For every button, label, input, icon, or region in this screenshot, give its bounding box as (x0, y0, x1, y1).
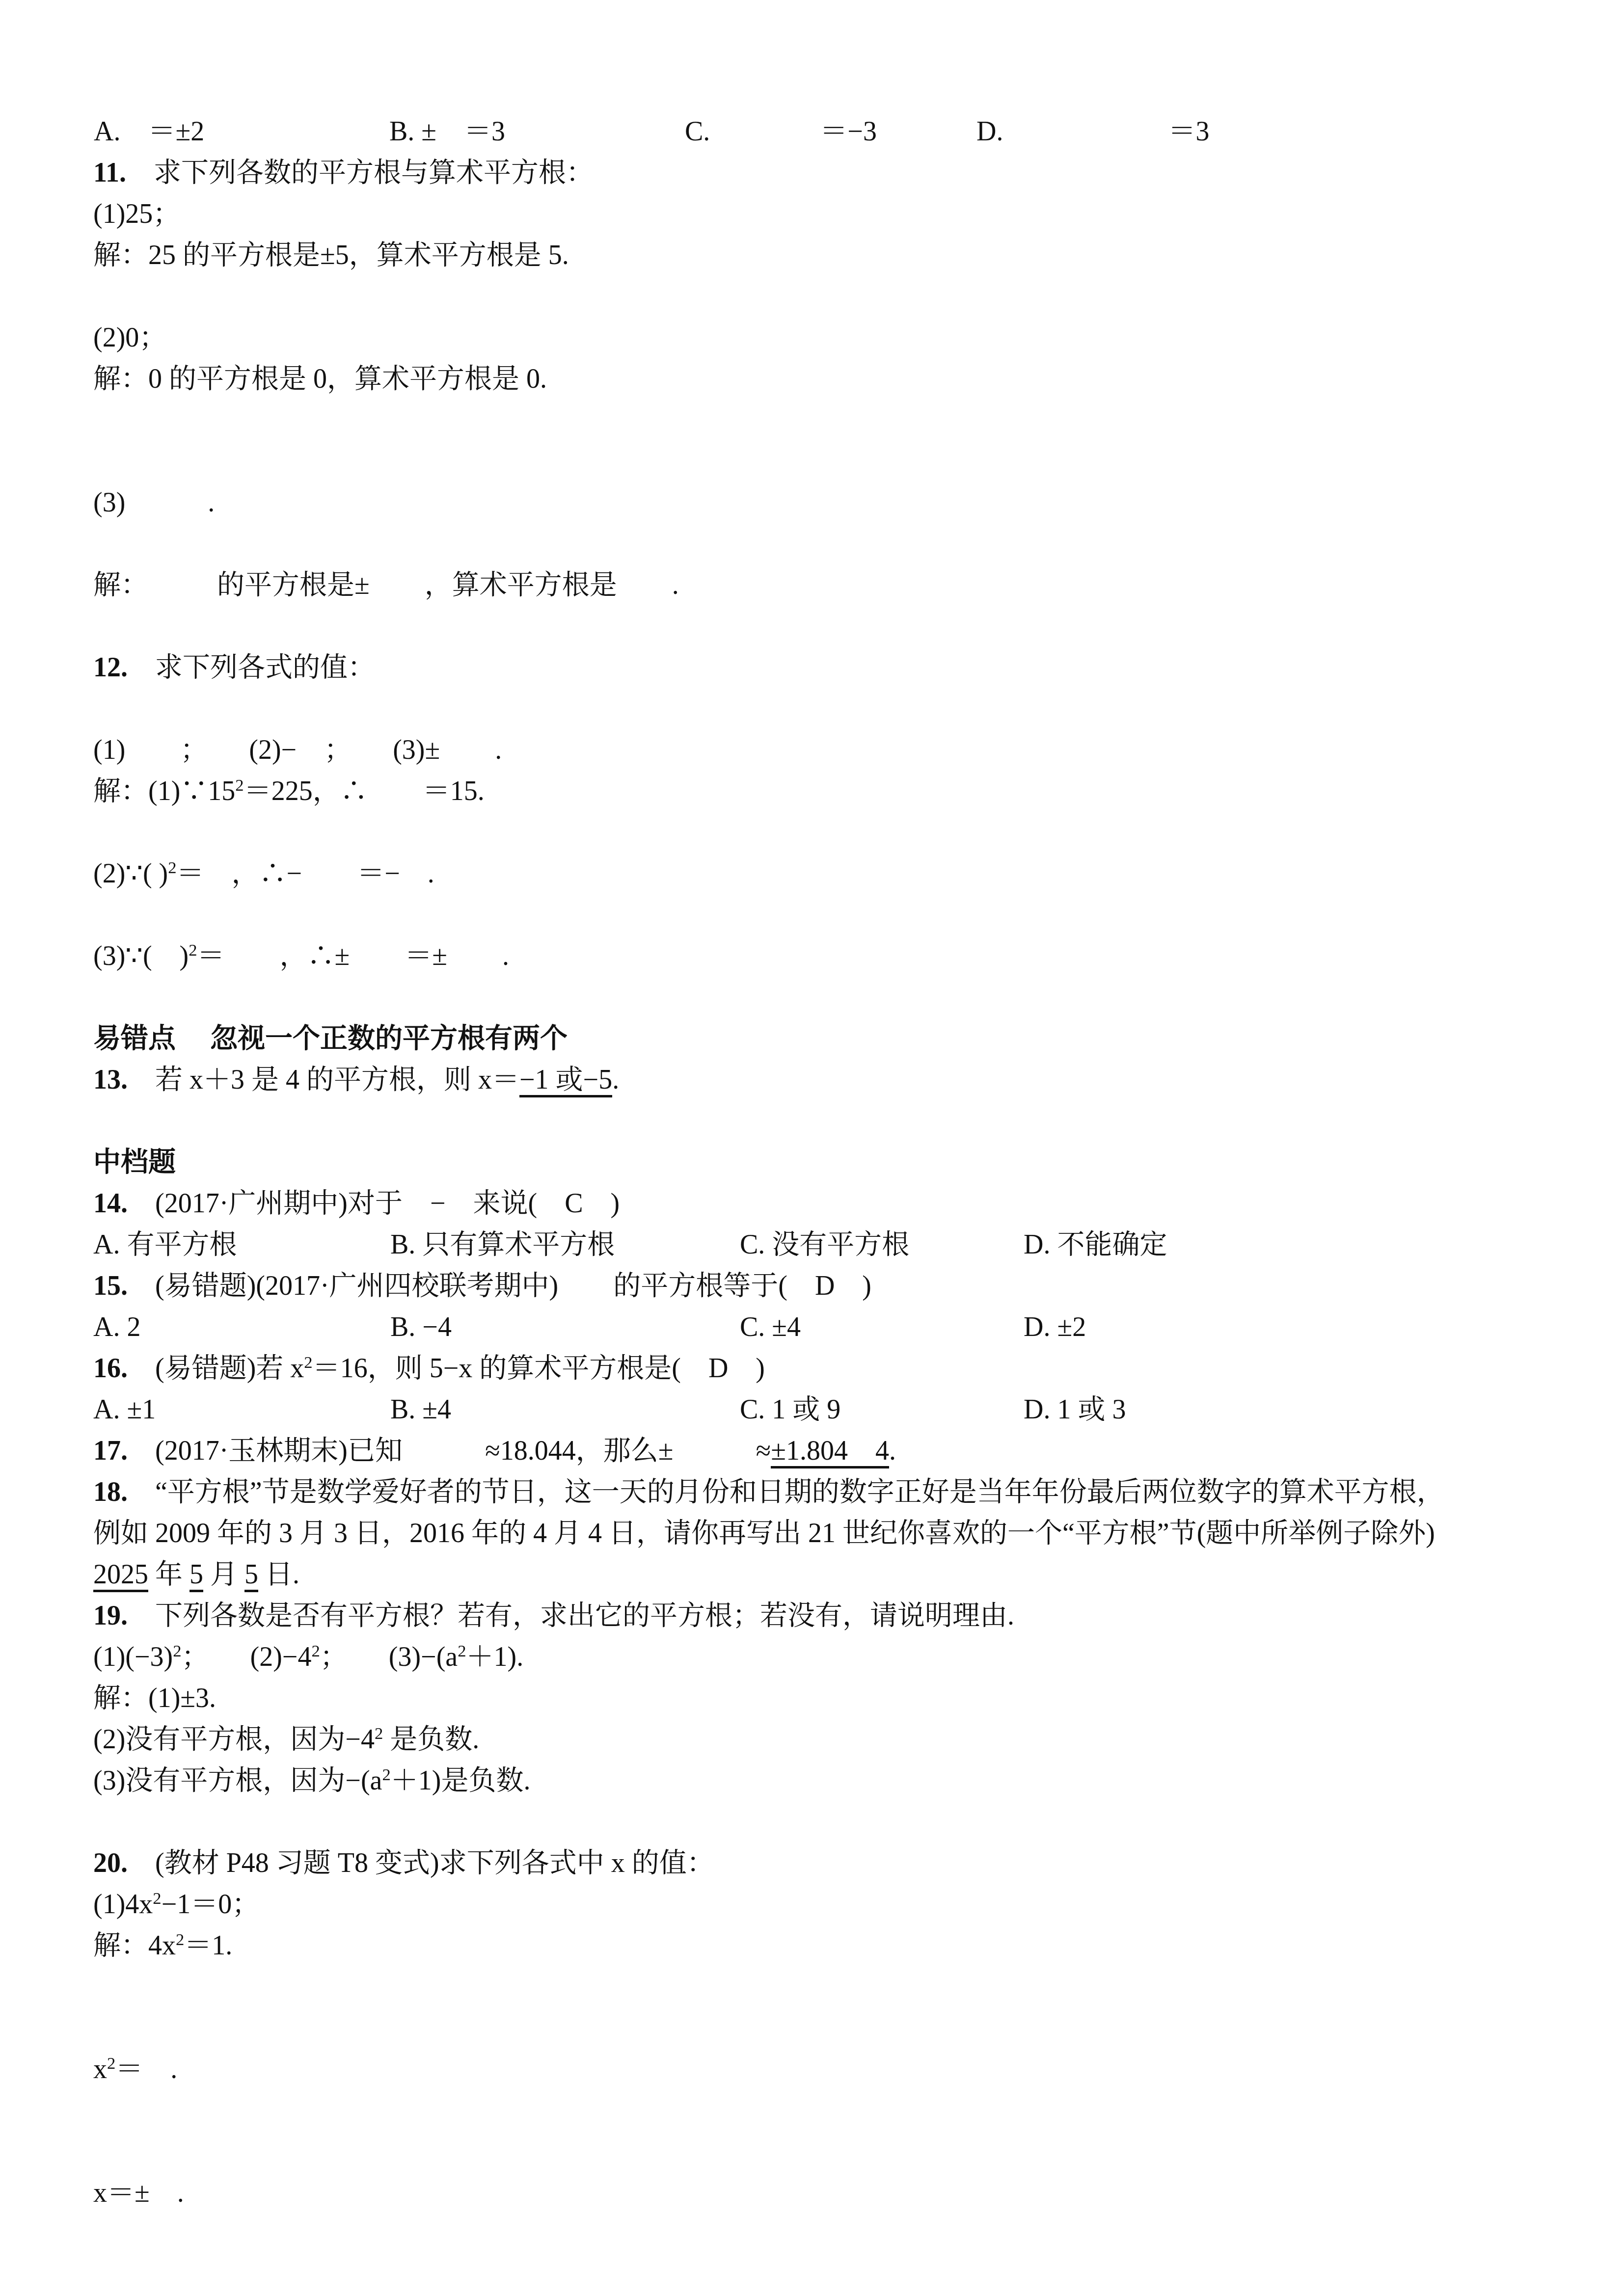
option-column: C. ±4 (740, 1307, 801, 1348)
option-column: B. ± ＝3 (389, 111, 505, 152)
text-segment: 解：25 的平方根是±5，算术平方根是 5. (93, 240, 569, 270)
underlined-answer: 5 (244, 1559, 258, 1592)
q12-solution-2: (2)∵( )2＝ ，∴− ＝− . (93, 853, 1555, 894)
text-segment: D. 1 或 3 (1024, 1394, 1126, 1425)
question-13: 13. 若 x＋3 是 4 的平方根，则 x＝−1 或−5. (93, 1059, 1555, 1100)
q11-solution-1: 解：25 的平方根是±5，算术平方根是 5. (93, 235, 1555, 276)
superscript: 2 (382, 1765, 390, 1784)
text-segment: 下列各数是否有平方根？若有，求出它的平方根；若没有，请说明理由. (128, 1601, 1014, 1631)
superscript: 2 (458, 1641, 466, 1660)
q11-item-2: (2)0； (93, 317, 1555, 358)
option-column: D. 1 或 3 (1024, 1389, 1126, 1430)
question-12: 12. 求下列各式的值： (93, 647, 1555, 688)
text-segment: (1)25； (93, 199, 180, 229)
text-segment: (3)没有平方根，因为−(a (93, 1765, 382, 1796)
text-segment: D. ＝3 (976, 116, 1209, 147)
text-segment: 17. (93, 1436, 128, 1466)
text-segment: ＝1. (184, 1930, 232, 1961)
text-segment: 是负数. (383, 1724, 479, 1755)
q20-item-1: (1)4x2−1＝0； (93, 1884, 1555, 1925)
text-segment: 11. (93, 158, 126, 188)
text-segment: 18. (93, 1477, 128, 1507)
text-segment: B. 只有算术平方根 (390, 1229, 615, 1260)
text-segment: 解：(1)∵15 (93, 776, 235, 806)
text-segment: . (612, 1065, 619, 1095)
option-column: C. 1 或 9 (740, 1389, 840, 1430)
question-15: 15. (易错题)(2017·广州四校联考期中) 的平方根等于( D ) (93, 1265, 1555, 1307)
question-20: 20. (教材 P48 习题 T8 变式)求下列各式中 x 的值： (93, 1842, 1555, 1884)
text-segment: 12. (93, 652, 128, 683)
text-segment: 解：0 的平方根是 0，算术平方根是 0. (93, 364, 547, 394)
option-column: A. 2 (93, 1307, 140, 1348)
text-segment: C. 没有平方根 (740, 1229, 909, 1260)
question-16: 16. (易错题)若 x2＝16，则 5−x 的算术平方根是( D ) (93, 1348, 1555, 1389)
text-segment: (1) ； (2)− ； (3)± . (93, 735, 502, 765)
underlined-answer: ±1.804 4 (771, 1436, 889, 1468)
text-segment: “平方根”节是数学爱好者的节日，这一天的月份和日期的数字正好是当年年份最后两位数… (128, 1477, 1444, 1507)
q20-solution-line-2: x2＝ . (93, 2049, 1555, 2090)
text-segment: B. ±4 (390, 1394, 451, 1425)
text-segment: A. ±1 (93, 1394, 156, 1425)
text-segment: 中档题 (93, 1147, 176, 1177)
option-column: B. −4 (390, 1307, 452, 1348)
superscript: 2 (375, 1724, 383, 1743)
underlined-answer: 5 (189, 1559, 203, 1592)
q19-solution-3: (3)没有平方根，因为−(a2＋1)是负数. (93, 1760, 1555, 1801)
text-segment: (2)∵( ) (93, 858, 168, 889)
text-segment: (1)4x (93, 1889, 153, 1920)
question-14: 14. (2017·广州期中)对于 − 来说( C ) (93, 1183, 1555, 1224)
text-segment: B. −4 (390, 1312, 452, 1342)
option-column: D. ±2 (1024, 1307, 1086, 1348)
superscript: 2 (176, 1930, 184, 1949)
text-segment: 易错点 忽视一个正数的平方根有两个 (93, 1023, 568, 1054)
text-segment: x＝± . (93, 2178, 184, 2208)
text-segment: A. ＝±2 (94, 116, 204, 147)
text-segment: ； (3)−(a (320, 1642, 458, 1672)
text-segment: 16. (93, 1353, 128, 1384)
text-segment: C. ＝−3 (685, 116, 877, 147)
text-segment: C. ±4 (740, 1312, 801, 1342)
q19-solution-2: (2)没有平方根，因为−42 是负数. (93, 1719, 1555, 1760)
text-segment: . (889, 1436, 896, 1466)
option-column: B. 只有算术平方根 (390, 1224, 615, 1265)
q20-solution-line-1: 解：4x2＝1. (93, 1925, 1555, 1966)
option-column: A. ±1 (93, 1389, 156, 1430)
text-segment: A. 有平方根 (93, 1229, 237, 1260)
text-segment: 14. (93, 1188, 128, 1219)
question-11: 11. 求下列各数的平方根与算术平方根： (93, 152, 1555, 193)
text-segment: A. 2 (93, 1312, 140, 1342)
option-column: C. ＝−3 (685, 111, 877, 152)
superscript: 2 (168, 858, 176, 877)
text-segment: 15. (93, 1271, 128, 1301)
text-segment: ； (2)−4 (182, 1642, 312, 1672)
option-column: D. ＝3 (976, 111, 1209, 152)
text-segment: (2)没有平方根，因为−4 (93, 1724, 375, 1755)
text-segment: ＋1). (466, 1642, 524, 1672)
text-segment: C. 1 或 9 (740, 1394, 840, 1425)
text-segment: 19. (93, 1601, 128, 1631)
text-segment: ＝ ，∴− ＝− . (177, 858, 434, 889)
text-segment: (3) . (93, 487, 215, 518)
question-17: 17. (2017·玉林期末)已知 ≈18.044，那么± ≈±1.804 4. (93, 1430, 1555, 1471)
text-segment: x (93, 2054, 107, 2084)
question-19: 19. 下列各数是否有平方根？若有，求出它的平方根；若没有，请说明理由. (93, 1595, 1555, 1636)
superscript: 2 (173, 1641, 181, 1660)
text-segment: D. 不能确定 (1024, 1229, 1167, 1260)
q19-solution-1: 解：(1)±3. (93, 1678, 1555, 1719)
q12-items: (1) ； (2)− ； (3)± . (93, 729, 1555, 771)
text-segment: (3)∵( ) (93, 941, 189, 971)
text-segment: 若 x＋3 是 4 的平方根，则 x＝ (128, 1065, 519, 1095)
superscript: 2 (153, 1889, 161, 1908)
q18-answer: 2025 年 5 月 5 日. (93, 1554, 1555, 1595)
q11-solution-3: 解： 的平方根是± ，算术平方根是 . (93, 564, 1555, 606)
q14-options-row: A. 有平方根B. 只有算术平方根C. 没有平方根D. 不能确定 (93, 1224, 1555, 1265)
text-segment: (易错题)(2017·广州四校联考期中) 的平方根等于( D ) (128, 1271, 871, 1301)
option-column: A. 有平方根 (93, 1224, 237, 1265)
text-segment: (2017·广州期中)对于 − 来说( C ) (128, 1188, 620, 1219)
text-segment: ＋1)是负数. (391, 1765, 531, 1796)
text-segment: D. ±2 (1024, 1312, 1086, 1342)
text-segment: 求下列各数的平方根与算术平方根： (126, 158, 594, 188)
underlined-answer: 2025 (93, 1559, 148, 1592)
underlined-answer: −1 或−5 (519, 1065, 612, 1097)
text-segment: (教材 P48 习题 T8 变式)求下列各式中 x 的值： (128, 1848, 714, 1878)
text-segment: 解： 的平方根是± ，算术平方根是 . (93, 570, 679, 600)
superscript: 2 (304, 1353, 312, 1372)
text-segment: 月 (203, 1559, 244, 1590)
text-segment: ＝16，则 5−x 的算术平方根是( D ) (313, 1353, 765, 1384)
text-segment: 年 (148, 1559, 189, 1590)
question-18-line-2: 例如 2009 年的 3 月 3 日，2016 年的 4 月 4 日，请你再写出… (93, 1513, 1555, 1554)
q11-item-1: (1)25； (93, 193, 1555, 235)
text-segment: 求下列各式的值： (128, 652, 375, 683)
superscript: 2 (311, 1641, 320, 1660)
text-segment: (易错题)若 x (128, 1353, 304, 1384)
document-page: A. ＝±2B. ± ＝3C. ＝−3D. ＝311. 求下列各数的平方根与算术… (0, 0, 1624, 2296)
q12-solution-3: (3)∵( )2＝ ，∴± ＝± . (93, 935, 1555, 977)
text-segment: 解：(1)±3. (93, 1683, 216, 1713)
text-segment: ＝ . (115, 2054, 177, 2084)
error-point-heading: 易错点 忽视一个正数的平方根有两个 (93, 1018, 1555, 1059)
text-segment: (2017·玉林期末)已知 ≈18.044，那么± ≈ (128, 1436, 771, 1466)
text-segment: 20. (93, 1848, 128, 1878)
q12-solution-1: 解：(1)∵152＝225，∴ ＝15. (93, 771, 1555, 812)
superscript: 2 (107, 2054, 115, 2073)
option-column: D. 不能确定 (1024, 1224, 1167, 1265)
superscript: 2 (235, 775, 244, 795)
q10-options-row: A. ＝±2B. ± ＝3C. ＝−3D. ＝3 (93, 111, 1555, 152)
q20-solution-line-3: x＝± . (93, 2172, 1555, 2214)
text-segment: −1＝0； (162, 1889, 260, 1920)
q16-options-row: A. ±1B. ±4C. 1 或 9D. 1 或 3 (93, 1389, 1555, 1430)
text-segment: B. ± ＝3 (389, 116, 505, 147)
text-segment: ＝ ，∴± ＝± . (197, 941, 509, 971)
text-segment: 13. (93, 1065, 128, 1095)
q15-options-row: A. 2B. −4C. ±4D. ±2 (93, 1307, 1555, 1348)
option-column: C. 没有平方根 (740, 1224, 909, 1265)
text-segment: 日. (258, 1559, 299, 1590)
question-18-line-1: 18. “平方根”节是数学爱好者的节日，这一天的月份和日期的数字正好是当年年份最… (93, 1471, 1555, 1513)
text-segment: 例如 2009 年的 3 月 3 日，2016 年的 4 月 4 日，请你再写出… (93, 1518, 1435, 1548)
text-segment: 解：4x (93, 1930, 176, 1961)
text-segment: (1)(−3) (93, 1642, 173, 1672)
medium-section-heading: 中档题 (93, 1142, 1555, 1183)
q11-solution-2: 解：0 的平方根是 0，算术平方根是 0. (93, 358, 1555, 400)
option-column: A. ＝±2 (94, 111, 204, 152)
option-column: B. ±4 (390, 1389, 451, 1430)
superscript: 2 (189, 940, 197, 960)
text-segment: (2)0； (93, 322, 166, 353)
q11-item-3: (3) . (93, 482, 1555, 523)
q19-items: (1)(−3)2； (2)−42； (3)−(a2＋1). (93, 1636, 1555, 1678)
text-segment: ＝225，∴ ＝15. (244, 776, 485, 806)
